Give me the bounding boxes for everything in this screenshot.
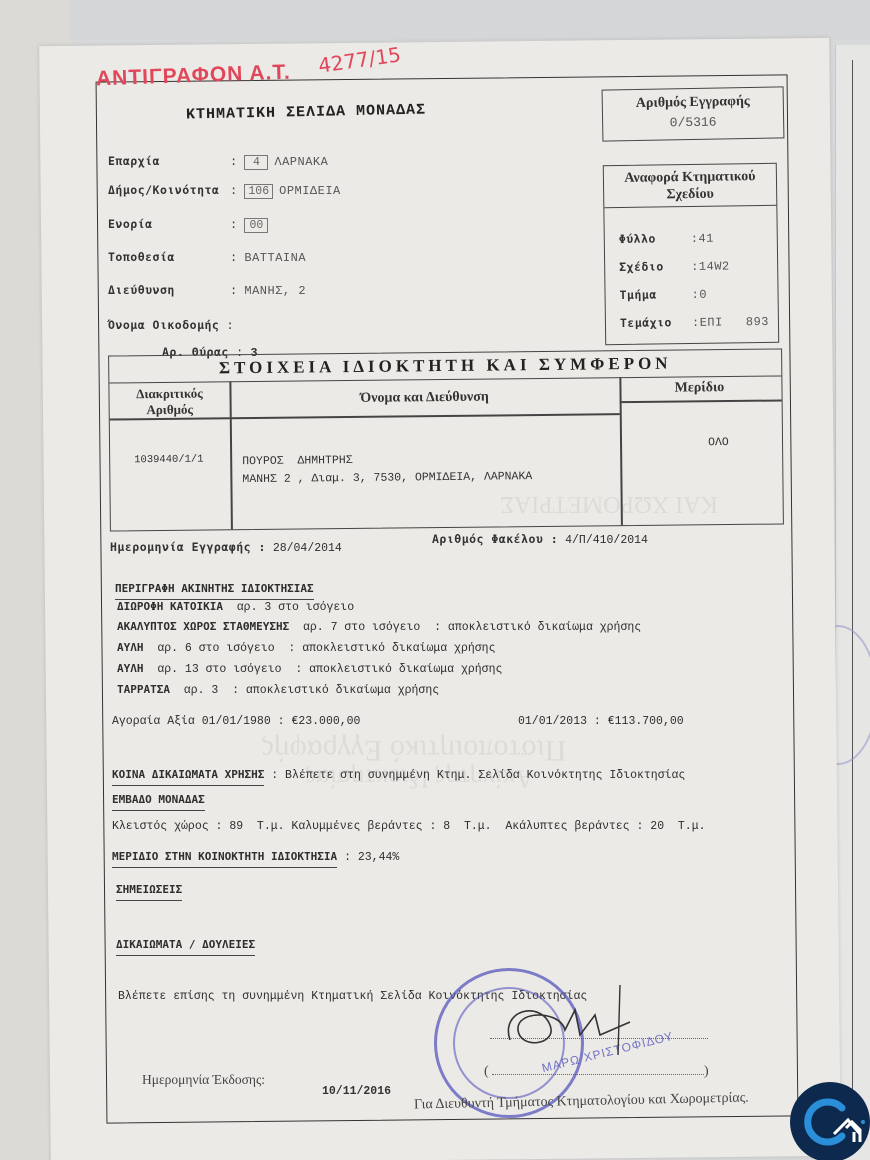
house-c-icon — [790, 1082, 870, 1160]
owner-name: ΠΟΥΡΟΣ ΔΗΜΗΤΡΗΣ — [242, 454, 353, 468]
registration-number-box: Αριθμός Εγγραφής 0/5316 — [602, 86, 785, 141]
field-municipality: Δήμος/Κοινότητα: 106ΟΡΜΙΔΕΙΑ — [108, 183, 341, 199]
adjacent-page-border — [852, 60, 853, 1140]
field-parish: Ενορία: 00 — [108, 217, 274, 233]
rights-easements-heading: ΔΙΚΑΙΩΜΑΤΑ / ΔΟΥΛΕΙΕΣ — [116, 938, 255, 956]
locality-value: ΒΑΤΤΑΙΝΑ — [244, 251, 306, 265]
owner-table-title: ΣΤΟΙΧΕΙΑ ΙΔΙΟΚΤΗΤΗ ΚΑΙ ΣΥΜΦΕΡΟΝ — [109, 349, 781, 383]
address-value: ΜΑΝΗΣ, 2 — [244, 284, 306, 298]
market-value-2013: 01/01/2013 : €113.700,00 — [518, 715, 684, 728]
header-share: Μερίδιο — [619, 380, 779, 398]
common-share: ΜΕΡΙΔΙΟ ΣΤΗΝ ΚΟΙΝΟΚΤΗΤΗ ΙΔΙΟΚΤΗΣΙΑ : 23,… — [112, 850, 399, 868]
background-wall — [0, 0, 870, 40]
municipality-value: ΟΡΜΙΔΕΙΑ — [279, 184, 341, 198]
unit-area-values: Κλειστός χώρος : 89 Τ.μ. Καλυμμένες βερά… — [112, 820, 706, 833]
table-divider — [620, 399, 782, 402]
notes-heading: ΣΗΜΕΙΩΣΕΙΣ — [116, 883, 182, 901]
owner-id: 1039440/1/1 — [134, 454, 203, 467]
owner-table: ΣΤΟΙΧΕΙΑ ΙΔΙΟΚΤΗΤΗ ΚΑΙ ΣΥΜΦΕΡΟΝ Διακριτι… — [108, 348, 784, 531]
owner-address: ΜΑΝΗΣ 2 , Διαμ. 3, 7530, ΟΡΜΙΔΕΙΑ, ΛΑΡΝΑ… — [242, 470, 532, 486]
field-building-name: Όνομα Οικοδομής : — [108, 318, 234, 333]
field-address: Διεύθυνση: ΜΑΝΗΣ, 2 — [108, 283, 306, 298]
signature-icon — [480, 980, 640, 1060]
registration-number-value: 0/5316 — [603, 113, 783, 131]
signature-paren-close: ) — [704, 1064, 709, 1080]
description-line: ΔΙΩΡΟΦΗ ΚΑΤΟΙΚΙΑ αρ. 3 στο ισόγειο — [117, 600, 354, 614]
plan-row-section: Τμήμα:0 — [619, 287, 707, 303]
district-code: 4 — [244, 155, 268, 170]
common-rights: ΚΟΙΝΑ ΔΙΚΑΙΩΜΑΤΑ ΧΡΗΣΗΣ : Βλέπετε στη συ… — [112, 768, 685, 786]
description-line: ΑΥΛΗ αρ. 13 στο ισόγειο : αποκλειστικό δ… — [117, 662, 502, 676]
header-distinctive-number: Διακριτικός Αριθμός — [109, 385, 229, 418]
header-name-address: Όνομα και Διεύθυνση — [229, 388, 619, 408]
registration-date: Ημερομηνία Εγγραφής : 28/04/2014 — [110, 540, 342, 555]
field-district: Επαρχία: 4ΛΑΡΝΑΚΑ — [108, 154, 328, 170]
table-divider — [230, 413, 620, 419]
brand-logo — [790, 1082, 870, 1160]
plan-row-plan: Σχέδιο:14W2 — [619, 258, 730, 275]
owner-share: ΟΛΟ — [708, 436, 729, 449]
file-number: Αριθμός Φακέλου : 4/Π/410/2014 — [432, 532, 648, 547]
description-line: ΤΑΡΡΑΤΣΑ αρ. 3 : αποκλειστικό δικαίωμα χ… — [117, 683, 439, 697]
registration-number-title: Αριθμός Εγγραφής — [603, 93, 783, 112]
issue-date-value: 10/11/2016 — [322, 1085, 391, 1098]
table-divider — [619, 377, 622, 525]
cadastral-plan-title: Αναφορά Κτηματικού Σχεδίου — [604, 164, 777, 208]
issue-date-label: Ημερομηνία Έκδοσης: — [142, 1072, 265, 1088]
cadastral-plan-box: Αναφορά Κτηματικού Σχεδίου Φύλλο:41 Σχέδ… — [603, 163, 779, 345]
district-value: ΛΑΡΝΑΚΑ — [274, 155, 328, 169]
unit-area-heading: ΕΜΒΑΔΟ ΜΟΝΑΔΑΣ — [112, 793, 205, 811]
description-line: ΑΚΑΛΥΠΤΟΣ ΧΩΡΟΣ ΣΤΑΘΜΕΥΣΗΣ αρ. 7 στο ισό… — [117, 620, 641, 634]
municipality-code: 106 — [244, 184, 273, 199]
plan-row-plot: Τεμάχιο:ΕΠΙ 893 — [620, 314, 769, 331]
parish-code: 00 — [244, 218, 268, 233]
description-line: ΑΥΛΗ αρ. 6 στο ισόγειο : αποκλειστικό δι… — [117, 641, 495, 655]
property-description-heading: ΠΕΡΙΓΡΑΦΗ ΑΚΙΝΗΤΗΣ ΙΔΙΟΚΤΗΣΙΑΣ — [115, 582, 314, 600]
market-value-1980: Αγοραία Αξία 01/01/1980 : €23.000,00 — [112, 715, 360, 728]
field-locality: Τοποθεσία: ΒΑΤΤΑΙΝΑ — [108, 250, 306, 265]
plan-row-sheet: Φύλλο:41 — [619, 231, 714, 247]
